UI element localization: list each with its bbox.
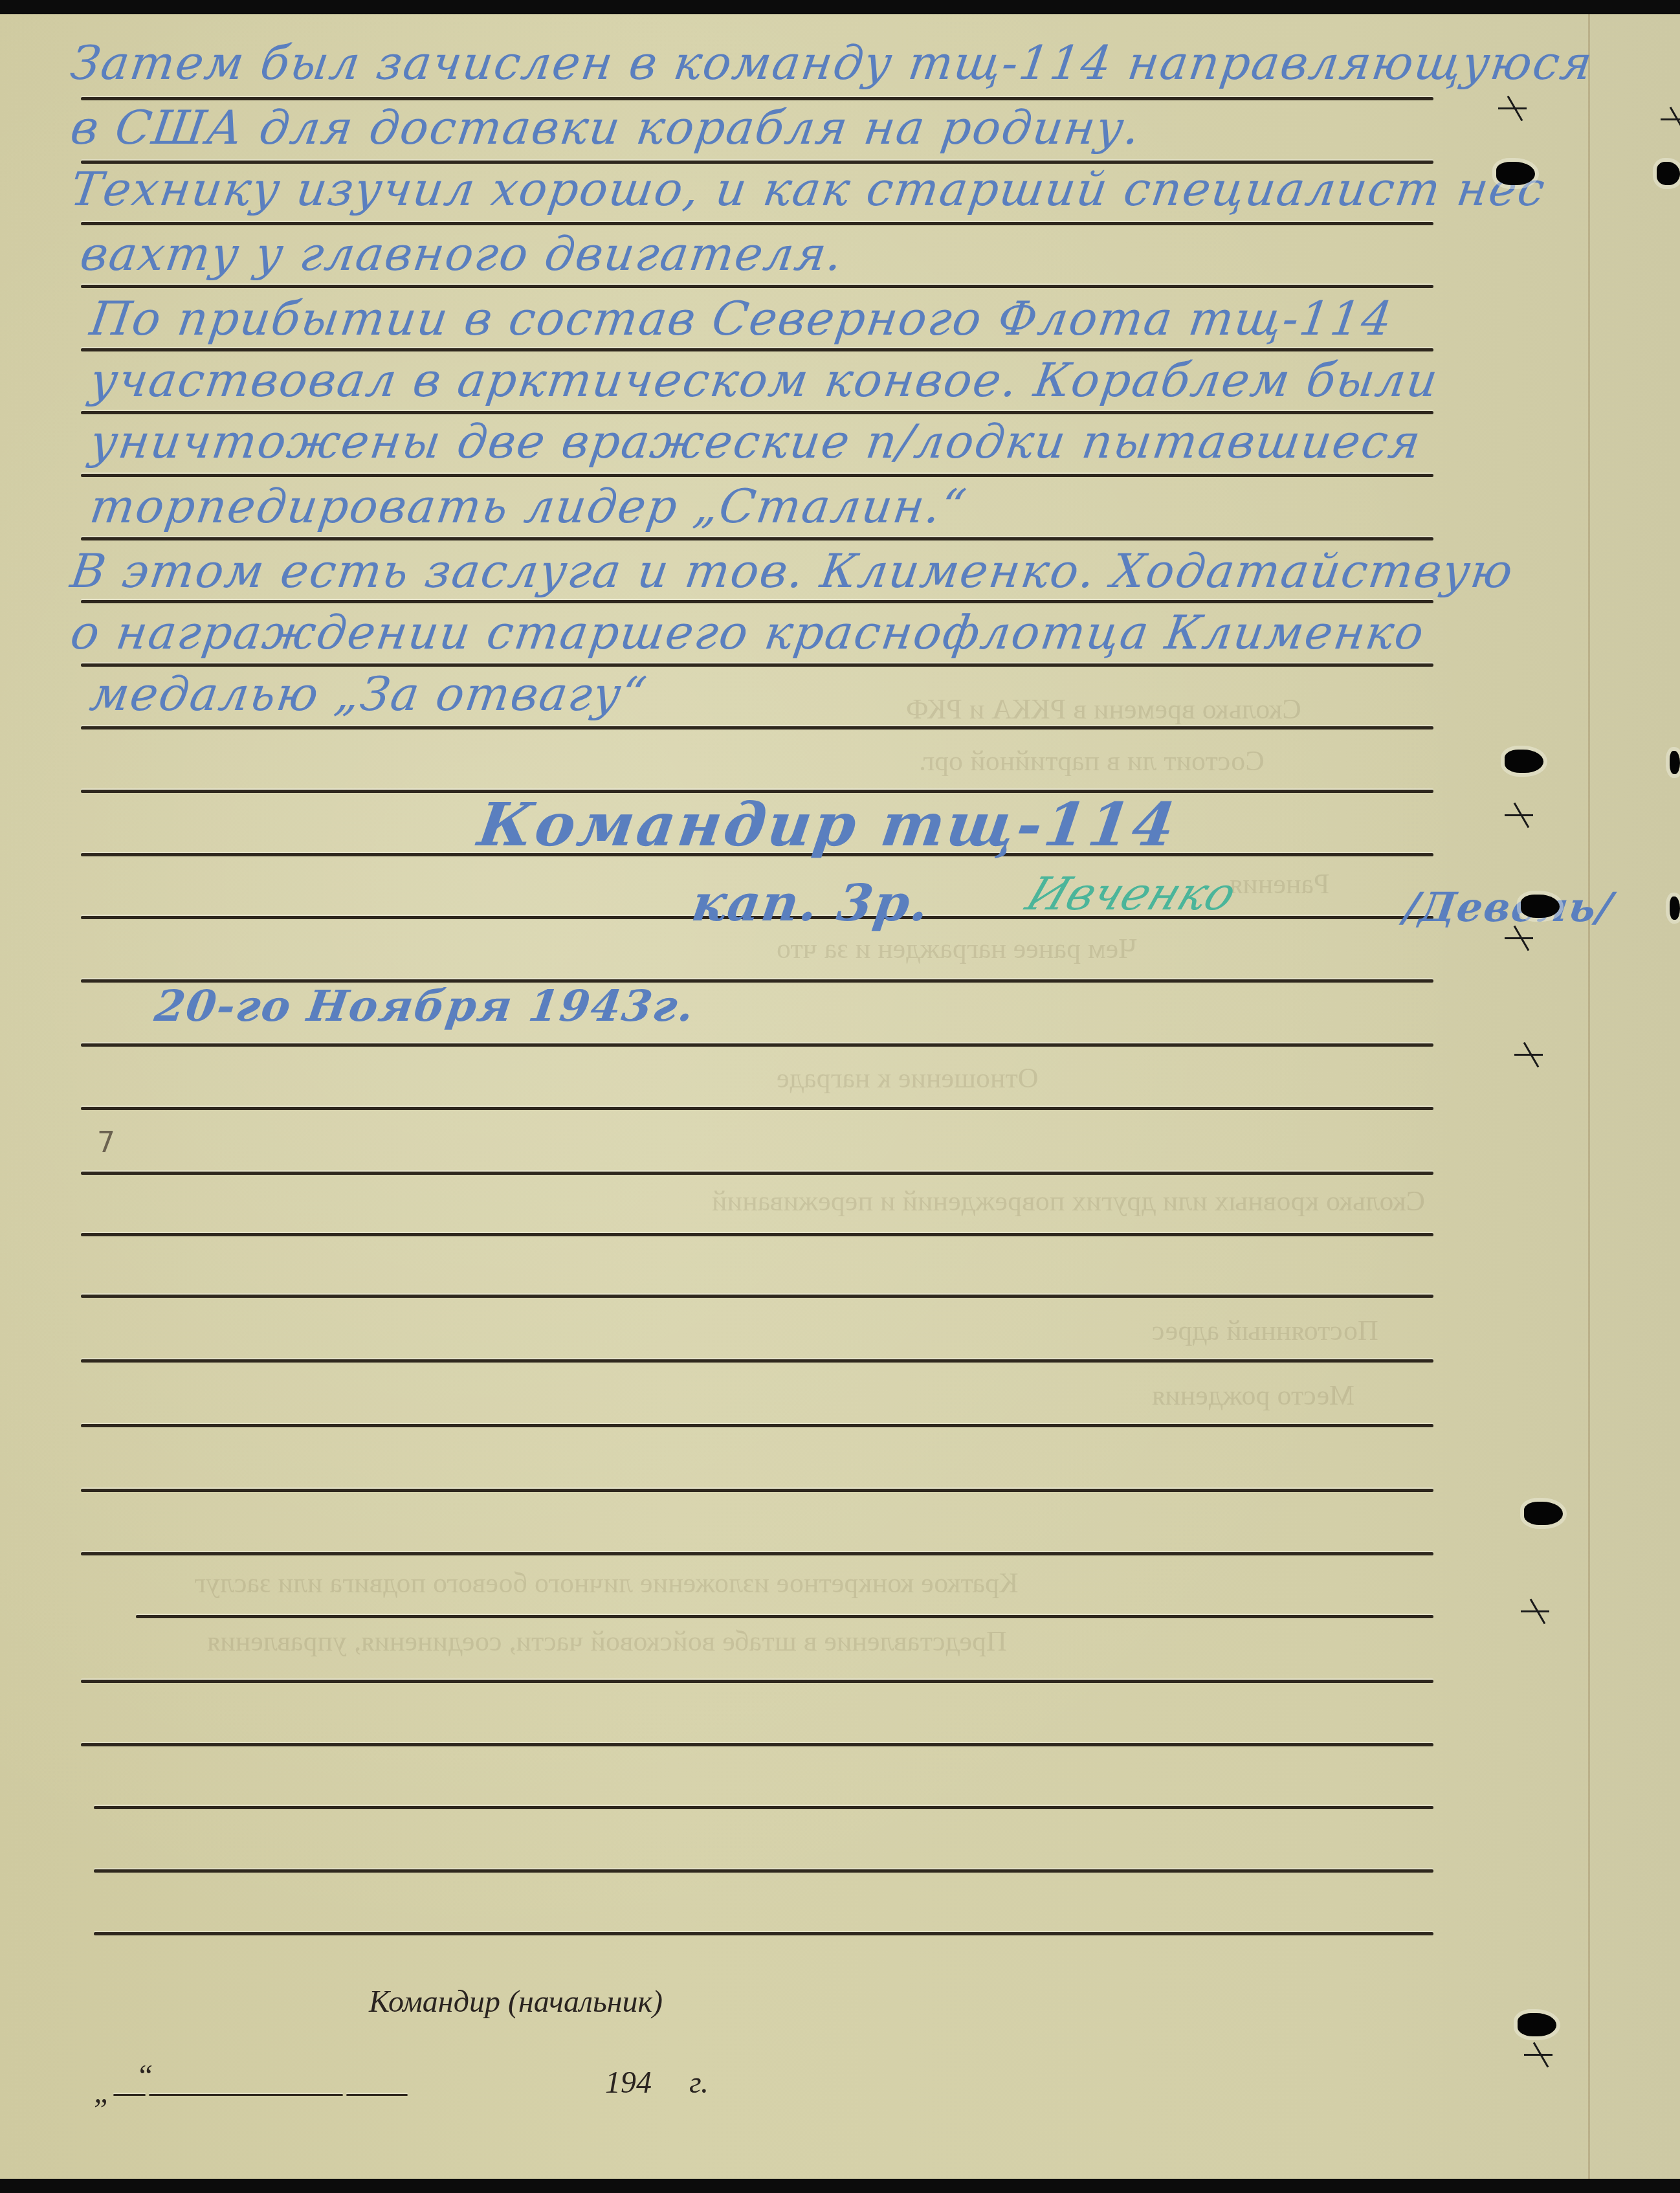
handwritten-line: Технику изучил хорошо, и как старший спе…: [67, 162, 1549, 216]
commander-label: Командир (начальник): [369, 1984, 663, 2020]
handwritten-line: участвовал в арктическом конвое. Корабле…: [87, 353, 1442, 407]
ruled-line: [81, 1107, 1433, 1110]
year-prefix: 194: [605, 2065, 652, 2100]
ruled-line: [81, 537, 1433, 540]
handwritten-line: Затем был зачислен в команду тщ-114 напр…: [67, 36, 1597, 90]
binding-hole-torn: [1654, 107, 1680, 133]
ruled-line: [81, 1295, 1433, 1298]
binding-hole-torn: [1508, 1042, 1547, 1068]
binding-hole-torn: [1514, 1599, 1553, 1625]
bleed-through-text: Сколько времени в РККА и РКФ: [906, 693, 1301, 726]
ruled-line: [81, 1233, 1433, 1236]
bleed-through-text: Краткое конкретное изложение личного бое…: [194, 1566, 1018, 1599]
ruled-line: [81, 285, 1433, 288]
binding-hole: [1657, 162, 1680, 185]
open-quote: „: [94, 2075, 111, 2110]
ruled-line: [94, 1869, 1433, 1873]
signature-title: Командир тщ-114: [474, 790, 1182, 860]
ruled-line: [81, 222, 1433, 225]
ruled-line: [94, 1806, 1433, 1809]
handwritten-date: 20-го Ноября 1943г.: [152, 981, 698, 1031]
ruled-line: [81, 1743, 1433, 1746]
bleed-through-text: Представление в штабе войсковой части, с…: [207, 1625, 1007, 1658]
pencil-mark: 7: [97, 1126, 115, 1159]
close-quote: “: [136, 2058, 153, 2094]
bleed-through-text: Состоит ли в партийной орг.: [919, 744, 1265, 777]
ruled-line: [136, 1615, 1433, 1618]
handwritten-line: о награждении старшего краснофлотца Клим…: [67, 605, 1428, 660]
binding-hole: [1670, 896, 1680, 920]
handwritten-line: В этом есть заслуга и тов. Клименко. Ход…: [67, 544, 1517, 598]
bleed-through-text: Сколько кровных или других повреждений и…: [712, 1185, 1425, 1218]
binding-hole: [1496, 162, 1535, 185]
date-blank: „ “ 194 г.: [84, 2058, 796, 2110]
month-blank-line-2: [346, 2094, 408, 2096]
bleed-through-text: Отношение к награде: [777, 1062, 1039, 1095]
bleed-through-text: Чем ранее награжден и за что: [777, 932, 1137, 965]
binding-hole-torn: [1492, 96, 1531, 122]
ruled-line: [81, 1359, 1433, 1363]
binding-hole-torn: [1498, 926, 1537, 952]
binding-hole: [1505, 750, 1543, 773]
signature-green: Ивченко: [1019, 867, 1244, 920]
binding-hole-torn: [1498, 803, 1537, 829]
ruled-line: [81, 600, 1433, 603]
ruled-line: [81, 1552, 1433, 1555]
signature-name: /Девель/: [1401, 884, 1617, 931]
ruled-line: [94, 1932, 1433, 1935]
ruled-line: [81, 1489, 1433, 1492]
year-suffix: г.: [689, 2065, 709, 2100]
ruled-line: [81, 1424, 1433, 1427]
binding-hole: [1524, 1502, 1563, 1525]
month-blank-line: [149, 2094, 343, 2096]
bleed-through-text: Постоянный адрес: [1152, 1314, 1378, 1347]
handwritten-line: медалью „За отвагу“: [87, 667, 650, 721]
ruled-line: [81, 1172, 1433, 1175]
ruled-line: [81, 726, 1433, 729]
binding-hole: [1518, 2013, 1556, 2036]
ruled-line: [81, 1043, 1433, 1047]
bleed-through-text: Ранения: [1230, 867, 1329, 900]
binding-hole-torn: [1518, 2042, 1556, 2068]
handwritten-line: По прибытии в состав Северного Флота тщ-…: [87, 291, 1397, 346]
handwritten-line: уничтожены две вражеские п/лодки пытавши…: [87, 414, 1425, 469]
day-blank-line: [113, 2094, 146, 2096]
ruled-line: [81, 474, 1433, 477]
binding-hole: [1670, 751, 1680, 774]
handwritten-line: торпедировать лидер „Сталин.“: [87, 479, 970, 533]
bleed-through-text: Место рождения: [1152, 1379, 1354, 1412]
signature-rank: кап. 3р.: [689, 874, 934, 933]
page-fold: [1588, 14, 1590, 2179]
ruled-line: [81, 348, 1433, 351]
binding-hole: [1521, 895, 1560, 918]
ruled-line: [81, 1680, 1433, 1683]
handwritten-line: в США для доставки корабля на родину.: [67, 100, 1144, 155]
handwritten-line: вахту у главного двигателя.: [77, 227, 847, 281]
